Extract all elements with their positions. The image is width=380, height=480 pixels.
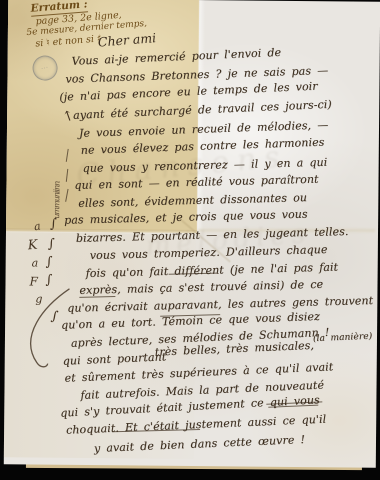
margin-mark: K (27, 238, 38, 254)
scanned-letter-background: ··· Erratum : page 33, 2e ligne, 5e mesu… (0, 0, 380, 480)
letter-page: ··· Erratum : page 33, 2e ligne, 5e mesu… (4, 0, 380, 468)
pen-flourish-swash (13, 284, 78, 369)
margin-mark: ∫ (48, 237, 55, 252)
margin-mark: ∫ (50, 217, 57, 232)
stamp-glyph: ··· (40, 64, 49, 72)
margin-mark: a (32, 256, 39, 269)
margin-mark: ∫ (46, 255, 53, 270)
illegible-vertical-margin-note: ummuniinn (52, 127, 62, 219)
